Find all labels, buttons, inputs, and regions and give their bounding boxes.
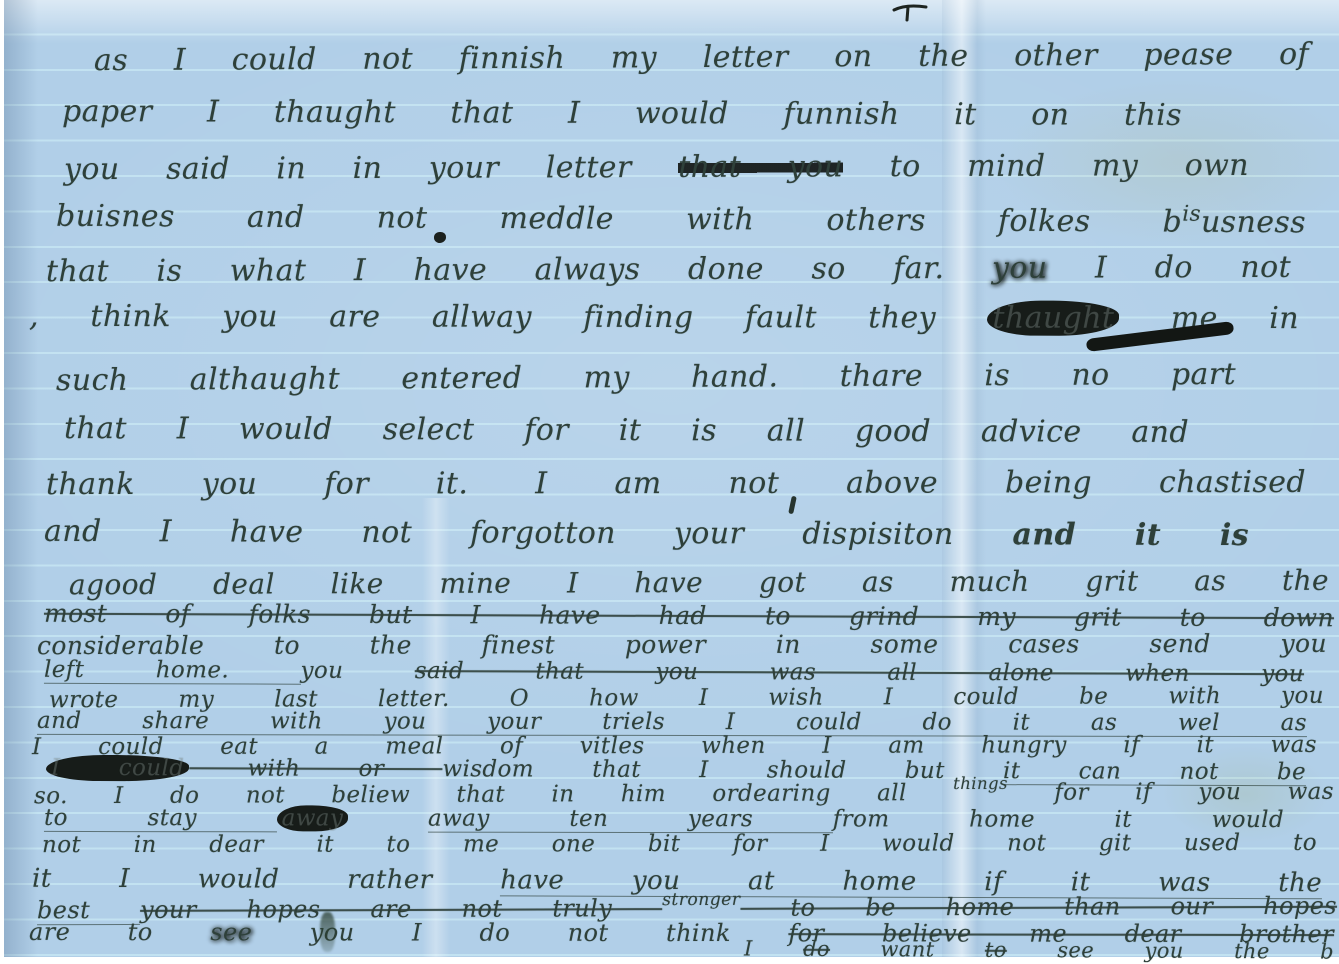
letter-text-segment: I [744,936,803,960]
letter-text-segment: to [985,938,1007,962]
letter-text-segment: you [300,658,414,684]
letter-text-segment: I could [46,755,189,782]
letter-text-segment: are to [29,918,210,946]
letter-text-segment: that you [678,149,843,185]
letter-text-segment: things [953,774,1008,793]
letter-line: not in dear it to me one bit for I would… [42,830,1317,858]
letter-text-segment: considerable to the finest power in some… [37,629,1327,660]
letter-text-segment: as I could not finnish my letter on the … [94,37,1309,78]
letter-text-segment: is [1182,202,1201,227]
letter-text-segment: usness [1201,205,1306,241]
letter-text-segment: it I would rather [32,864,500,896]
letter-text-segment: do [803,937,830,961]
letter-text-segment: thank you for it. I am not above being c… [46,465,1306,502]
letter-line: such althaught entered my hand. thare is… [56,357,1236,398]
letter-text-segment: I do not [1047,250,1291,286]
letter-text-segment: want [830,937,985,962]
letter-line: as I could not finnish my letter on the … [94,37,1309,78]
letter-text-segment: and I have not forgotton your dispisiton [44,514,954,552]
letter-text-segment: most of folks but I have had to grind my… [44,599,1334,633]
letter-text-segment: buisnes and not meddle with others folke… [56,199,1182,240]
letter-text-segment: agood deal like mine I have got as much … [69,564,1329,601]
letter-line: buisnes and not meddle with others folke… [56,199,1306,241]
letter-text-segment: not in dear it to me one bit for I would… [42,830,1317,858]
letter-line: I do want to see you the b [744,936,1334,963]
letter-text-segment: you I do not think [252,918,788,947]
letter-text-segment: that is what I have always done so far. [46,251,992,289]
letter-line: that is what I have always done so far. … [46,250,1291,289]
letter-text-segment: for if you was [1008,779,1334,806]
letter-text-segment: to be home than our hopes [740,892,1337,922]
letter-line: you said in in your letter that you to m… [64,148,1249,187]
letter-text-segment: see you the b [1007,938,1334,964]
letter-line: to stay away away ten years from home it… [44,805,1284,833]
letter-text-segment: to mind my own [843,148,1249,184]
letter-line: , think you are allway finding fault the… [29,299,1299,336]
letter-line: and I have not forgotton your dispisiton… [44,514,1249,553]
scan-canvas: as I could not finnish my letter on the … [0,0,1339,964]
letter-page: as I could not finnish my letter on the … [4,0,1339,957]
letter-text-segment: , think you are allway finding fault the… [29,299,987,336]
letter-text-segment: me in [1119,301,1299,336]
letter-text-segment: and it is [954,517,1249,553]
letter-text-segment: you said in in your letter [64,150,678,187]
letter-line: agood deal like mine I have got as much … [69,564,1329,601]
letter-line: considerable to the finest power in some… [37,629,1327,660]
letter-text-segment [348,805,428,831]
letter-text-segment: you [992,251,1048,286]
letter-text-segment: away ten years [428,806,833,834]
letter-text-segment: away [277,805,349,831]
letter-text-segment: paper I thaught that I would funnish it … [62,94,1182,133]
letter-text-segment: with or [189,755,442,782]
paper-left-edge-shadow [4,0,38,957]
letter-text-segment: left home. [44,657,301,685]
letter-text-segment: that I would select for it is all good a… [64,411,1189,450]
letter-text-segment: see [210,918,252,946]
letter-line: most of folks but I have had to grind my… [44,599,1334,633]
letter-text-segment: thaught [987,301,1119,336]
letter-text-segment: to stay [44,805,277,832]
letter-text-segment: such althaught entered my hand. thare is… [56,357,1236,398]
letter-line: that I would select for it is all good a… [64,411,1189,450]
letter-text-segment: stronger [662,890,740,910]
letter-line: paper I thaught that I would funnish it … [62,94,1182,133]
letter-line: thank you for it. I am not above being c… [46,465,1306,502]
